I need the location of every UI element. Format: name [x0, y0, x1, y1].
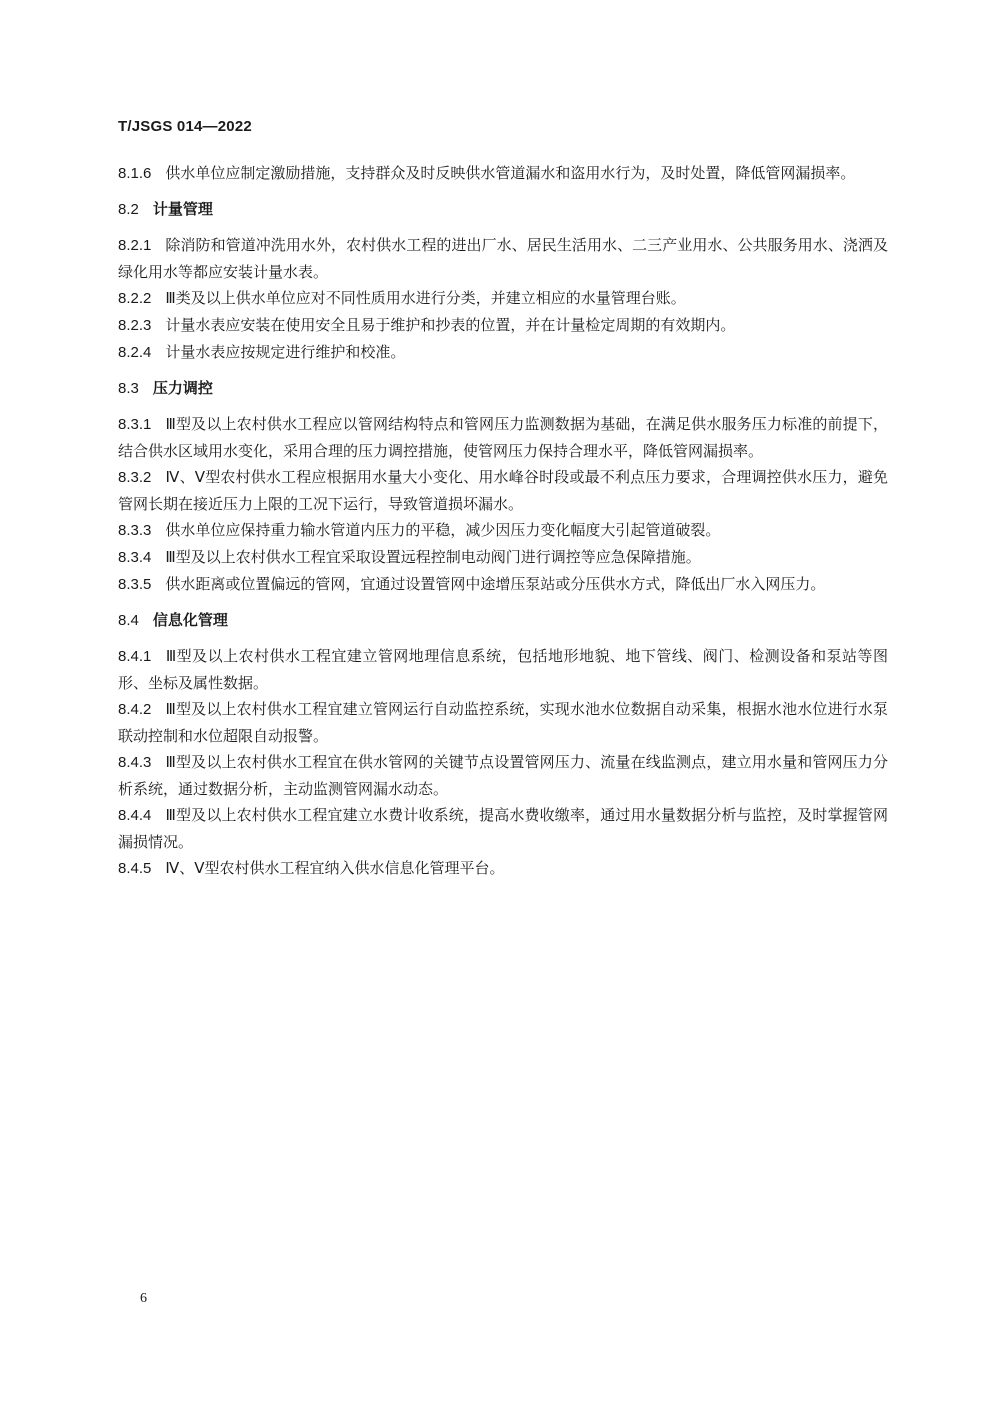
clause-8-2-2: 8.2.2Ⅲ类及以上供水单位应对不同性质用水进行分类，并建立相应的水量管理台账。 — [118, 285, 888, 312]
document-body: 8.1.6供水单位应制定激励措施，支持群众及时反映供水管道漏水和盗用水行为，及时… — [118, 160, 888, 882]
clause-8-4-1: 8.4.1Ⅲ型及以上农村供水工程宜建立管网地理信息系统，包括地形地貌、地下管线、… — [118, 643, 888, 696]
clause-8-4-2: 8.4.2Ⅲ型及以上农村供水工程宜建立管网运行自动监控系统，实现水池水位数据自动… — [118, 696, 888, 749]
clause-8-3-3: 8.3.3供水单位应保持重力输水管道内压力的平稳，减少因压力变化幅度大引起管道破… — [118, 517, 888, 544]
document-page: T/JSGS 014—2022 8.1.6供水单位应制定激励措施，支持群众及时反… — [0, 0, 992, 1403]
clause-8-2-4: 8.2.4计量水表应按规定进行维护和校准。 — [118, 339, 888, 366]
clause-8-4-3: 8.4.3Ⅲ型及以上农村供水工程宜在供水管网的关键节点设置管网压力、流量在线监测… — [118, 749, 888, 802]
section-heading-8-2: 8.2计量管理 — [118, 196, 888, 223]
section-heading-8-3: 8.3压力调控 — [118, 375, 888, 402]
clause-8-4-5: 8.4.5Ⅳ、Ⅴ型农村供水工程宜纳入供水信息化管理平台。 — [118, 855, 888, 882]
page-number: 6 — [140, 1291, 147, 1307]
document-id: T/JSGS 014—2022 — [118, 118, 252, 135]
clause-8-1-6: 8.1.6供水单位应制定激励措施，支持群众及时反映供水管道漏水和盗用水行为，及时… — [118, 160, 888, 187]
section-heading-8-4: 8.4信息化管理 — [118, 607, 888, 634]
clause-8-2-3: 8.2.3计量水表应安装在使用安全且易于维护和抄表的位置，并在计量检定周期的有效… — [118, 312, 888, 339]
clause-8-4-4: 8.4.4Ⅲ型及以上农村供水工程宜建立水费计收系统，提高水费收缴率，通过用水量数… — [118, 802, 888, 855]
clause-8-3-2: 8.3.2Ⅳ、Ⅴ型农村供水工程应根据用水量大小变化、用水峰谷时段或最不利点压力要… — [118, 464, 888, 517]
clause-8-3-4: 8.3.4Ⅲ型及以上农村供水工程宜采取设置远程控制电动阀门进行调控等应急保障措施… — [118, 544, 888, 571]
clause-8-3-5: 8.3.5供水距离或位置偏远的管网，宜通过设置管网中途增压泵站或分压供水方式，降… — [118, 571, 888, 598]
clause-8-3-1: 8.3.1Ⅲ型及以上农村供水工程应以管网结构特点和管网压力监测数据为基础，在满足… — [118, 411, 888, 464]
clause-8-2-1: 8.2.1除消防和管道冲洗用水外，农村供水工程的进出厂水、居民生活用水、二三产业… — [118, 232, 888, 285]
